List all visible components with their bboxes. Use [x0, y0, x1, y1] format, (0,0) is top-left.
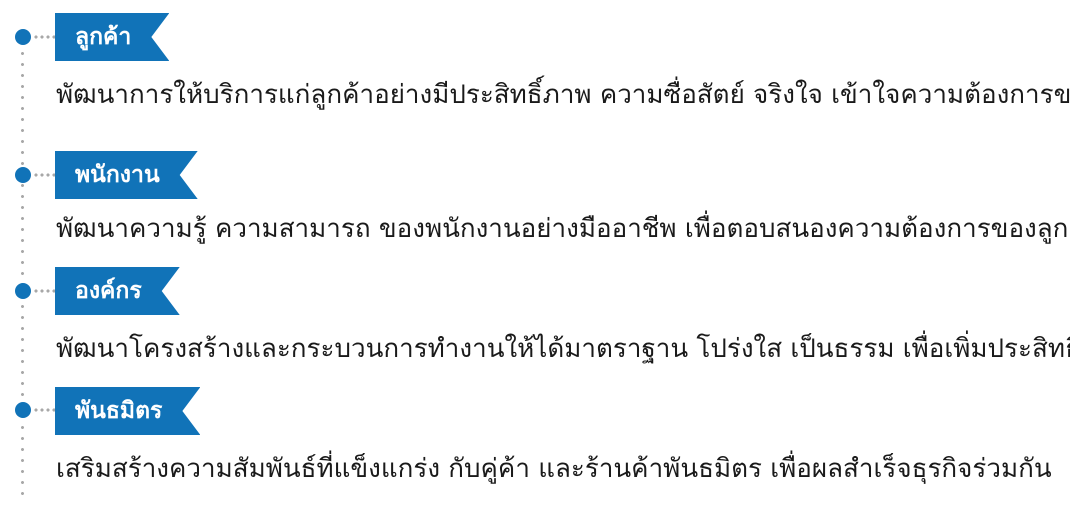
timeline-dotted-line [21, 37, 24, 503]
timeline-dot [15, 167, 31, 183]
flag-banner-2: พนักงาน [55, 151, 198, 199]
flag-label: องค์กร [75, 280, 142, 303]
dotted-connector [33, 35, 56, 39]
section-description: พัฒนาโครงสร้างและกระบวนการทำงานให้ได้มาต… [56, 334, 1070, 365]
section-description: พัฒนาความรู้ ความสามารถ ของพนักงานอย่างม… [56, 214, 1070, 245]
flag-banner-1: ลูกค้า [55, 13, 169, 61]
timeline-dot [15, 283, 31, 299]
dotted-connector [33, 408, 56, 412]
flag-label: ลูกค้า [75, 26, 131, 49]
flag-label: พันธมิตร [75, 400, 162, 423]
flag-label: พนักงาน [75, 164, 160, 187]
flag-banner-4: พันธมิตร [55, 387, 200, 435]
timeline-dot [15, 29, 31, 45]
section-description: เสริมสร้างความสัมพันธ์ที่แข็งแกร่ง กับคู… [56, 454, 1052, 485]
timeline-dot [15, 402, 31, 418]
dotted-connector [33, 173, 56, 177]
flag-banner-3: องค์กร [55, 267, 180, 315]
dotted-connector [33, 289, 56, 293]
section-description: พัฒนาการให้บริการแก่ลูกค้าอย่างมีประสิทธ… [56, 80, 1070, 111]
vision-diagram: ลูกค้า พัฒนาการให้บริการแก่ลูกค้าอย่างมี… [0, 0, 1070, 509]
